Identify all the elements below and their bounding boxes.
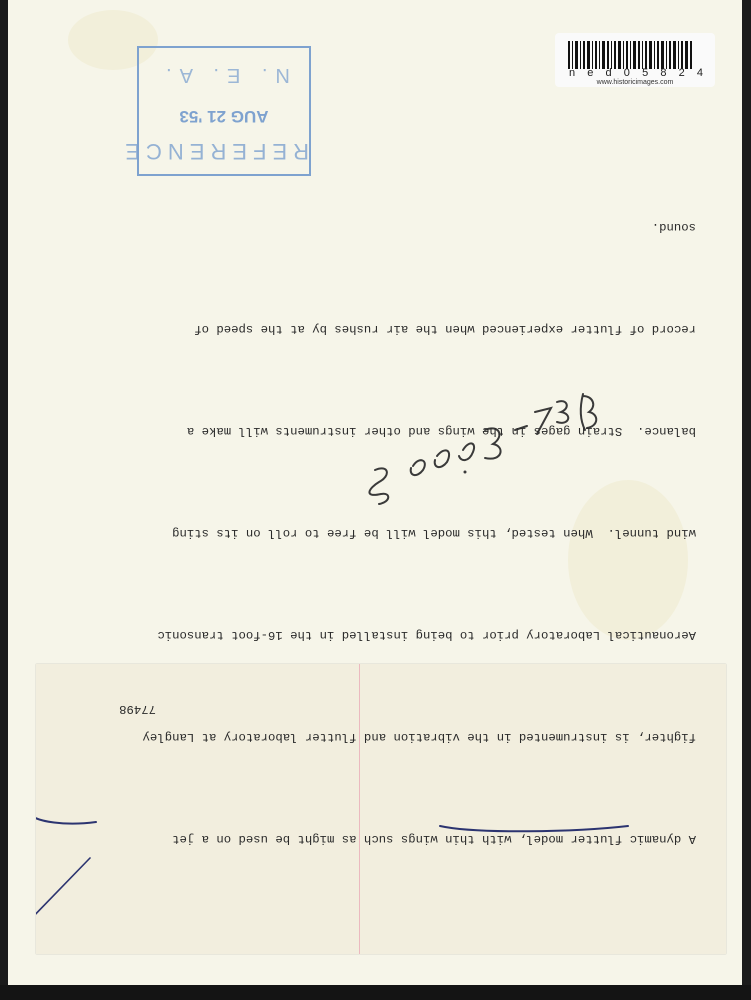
barcode-char: 4: [697, 67, 703, 79]
caption-line: sound.: [56, 210, 696, 244]
caption-line: Aeronautical Laboratory prior to being i…: [56, 618, 696, 652]
barcode-char: e: [587, 67, 593, 79]
stamp-agency: N. E. A.: [139, 63, 309, 86]
barcode-number: n e d 0 5 8 2 4: [569, 67, 703, 79]
stamp-date: AUG 21 '53: [139, 106, 309, 126]
pen-underline: [440, 826, 628, 831]
caption-line: wind tunnel. When tested, this model wil…: [56, 516, 696, 550]
barcode-char: 0: [624, 67, 630, 79]
pen-underline: [36, 814, 96, 824]
scan-edge-bottom: [0, 985, 751, 1000]
barcode-char: d: [606, 67, 612, 79]
caption-line: record of flutter experienced when the a…: [56, 312, 696, 346]
barcode-char: 2: [679, 67, 685, 79]
caption-slip: A dynamic flutter model, with thin wings…: [36, 664, 726, 954]
scan-edge-right: [742, 0, 751, 1000]
barcode-char: n: [569, 67, 575, 79]
barcode-label: n e d 0 5 8 2 4 www.historicimages.com: [555, 33, 715, 87]
barcode-bars: [568, 41, 702, 69]
pen-slash: [36, 858, 90, 924]
barcode-char: 8: [660, 67, 666, 79]
barcode-site-text: www.historicimages.com: [555, 79, 715, 86]
pen-marks: [36, 664, 726, 954]
caption-line: balance. Strain gages in the wings and o…: [56, 414, 696, 448]
barcode-char: 5: [642, 67, 648, 79]
